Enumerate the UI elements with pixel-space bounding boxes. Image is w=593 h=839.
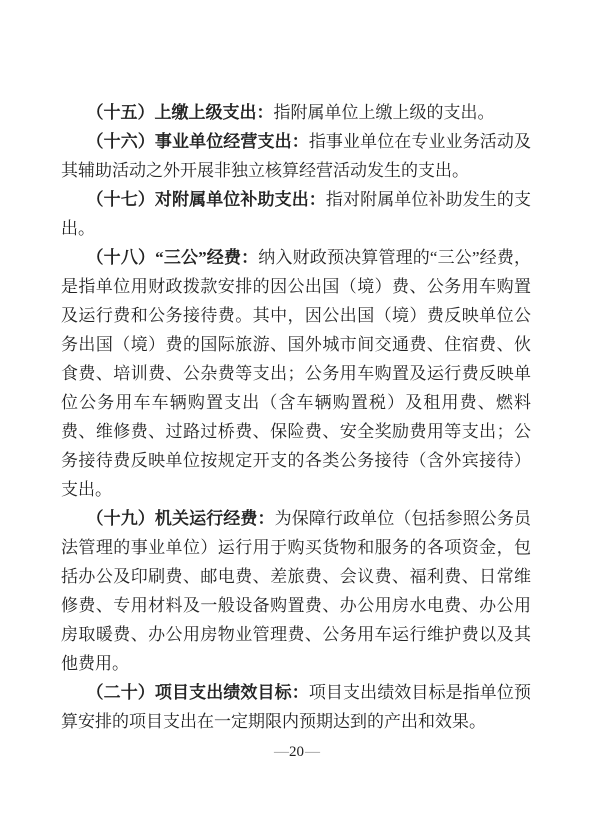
paragraph-15-definition: 指附属单位上缴上级的支出。	[274, 103, 495, 122]
paragraph-15-term: （十五）上缴上级支出：	[87, 103, 274, 122]
document-page: （十五）上缴上级支出：指附属单位上缴上级的支出。 （十六）事业单位经营支出：指事…	[0, 0, 593, 839]
paragraph-16-shiye-danwei-jingying-zhichu: （十六）事业单位经营支出：指事业单位在专业业务活动及其辅助活动之外开展非独立核算…	[61, 127, 531, 185]
paragraph-20-term: （二十）项目支出绩效目标：	[87, 683, 309, 702]
paragraph-18-term: （十八）“三公”经费：	[87, 248, 259, 267]
paragraph-17-dui-fushu-danwei-buzhu-zhichu: （十七）对附属单位补助支出：指对附属单位补助发生的支出。	[61, 185, 531, 243]
page-number-value: 20	[288, 744, 305, 760]
paragraph-15-shangjiao-shangji-zhichu: （十五）上缴上级支出：指附属单位上缴上级的支出。	[61, 98, 531, 127]
page-number-right-dash: —	[305, 744, 319, 760]
paragraph-18-definition: 纳入财政预决算管理的“三公”经费，是指单位用财政拨款安排的因公出国（境）费、公务…	[61, 248, 531, 499]
page-number-left-dash: —	[274, 744, 288, 760]
document-text-block: （十五）上缴上级支出：指附属单位上缴上级的支出。 （十六）事业单位经营支出：指事…	[61, 98, 531, 736]
paragraph-19-term: （十九）机关运行经费：	[87, 509, 275, 528]
paragraph-19-definition: 为保障行政单位（包括参照公务员法管理的事业单位）运行用于购买货物和服务的各项资金…	[61, 509, 531, 673]
paragraph-17-term: （十七）对附属单位补助支出：	[87, 190, 326, 209]
paragraph-19-jiguan-yunxing-jingfei: （十九）机关运行经费：为保障行政单位（包括参照公务员法管理的事业单位）运行用于购…	[61, 504, 531, 678]
paragraph-18-sangong-jingfei: （十八）“三公”经费：纳入财政预决算管理的“三公”经费，是指单位用财政拨款安排的…	[61, 243, 531, 504]
paragraph-20-xiangmu-zhichu-jixiao-mubiao: （二十）项目支出绩效目标：项目支出绩效目标是指单位预算安排的项目支出在一定期限内…	[61, 678, 531, 736]
page-number: —20—	[0, 742, 593, 762]
paragraph-16-term: （十六）事业单位经营支出：	[87, 132, 309, 151]
